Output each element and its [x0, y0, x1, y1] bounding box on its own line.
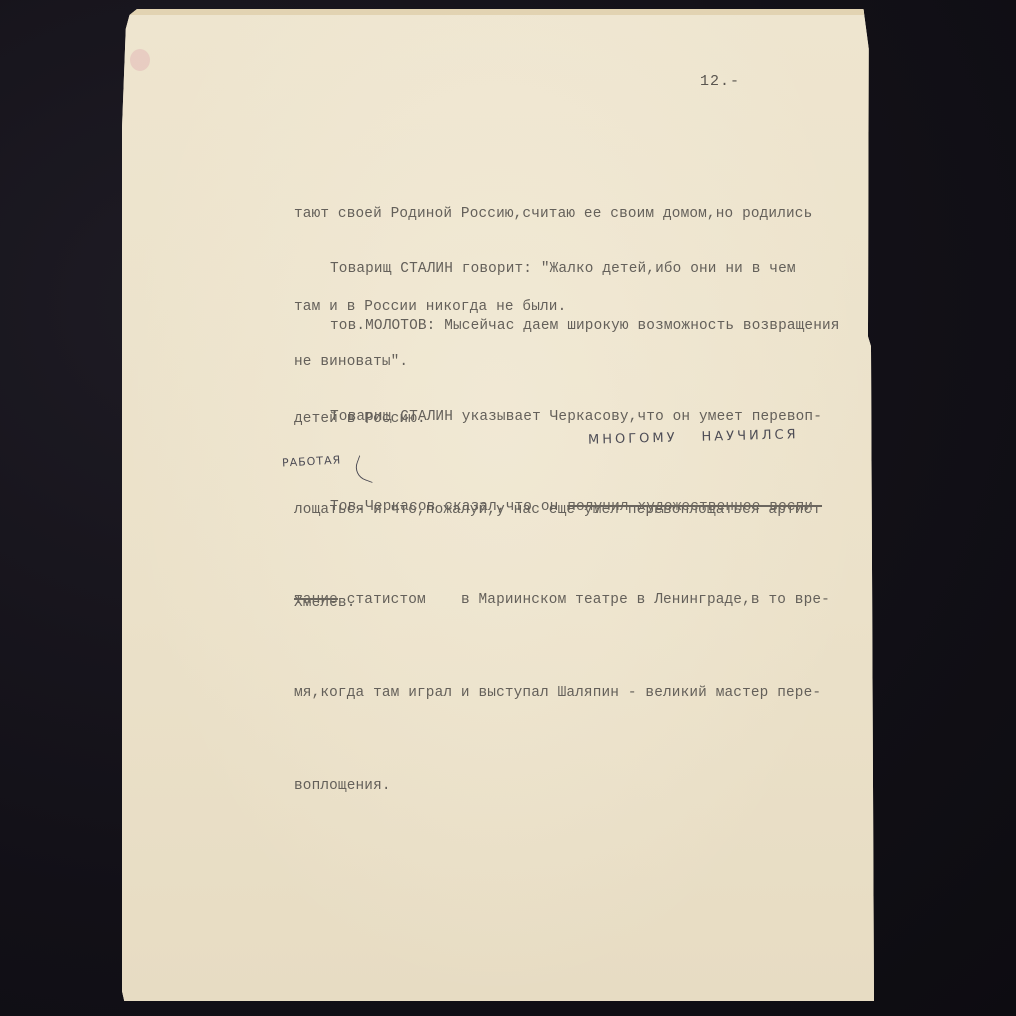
page-number: 12.- — [700, 73, 740, 90]
typed-text: статистом в Мариинском театре в Ленингра… — [338, 592, 830, 608]
text-line: тов.МОЛОТОВ: Мысейчас даем широкую возмо… — [294, 311, 869, 342]
handwritten-word: НАУЧИЛСЯ — [701, 427, 798, 445]
text-line: Тов.Черкасов сказал,что он получил худож… — [294, 492, 869, 523]
text-line: мя,когда там играл и выступал Шаляпин - … — [294, 678, 869, 709]
text-line: воплощения. — [294, 771, 869, 802]
typewritten-page: 12.- тают своей Родиной Россию,считаю ее… — [122, 9, 874, 1001]
photo-of-document: 12.- тают своей Родиной Россию,считаю ее… — [0, 0, 1016, 1016]
paper-fold-edge — [130, 9, 864, 15]
text-line: тание статистом в Мариинском театре в Ле… — [294, 585, 869, 616]
typed-text: Тов.Черкасов сказал,что он — [330, 499, 567, 515]
struck-out-text: тание — [294, 592, 338, 608]
struck-out-text: получил художественное воспи- — [567, 499, 822, 515]
stain-mark — [130, 49, 150, 71]
paragraph-5: Тов.Черкасов сказал,что он получил худож… — [294, 430, 869, 864]
handwritten-word: МНОГОМУ — [588, 430, 678, 447]
